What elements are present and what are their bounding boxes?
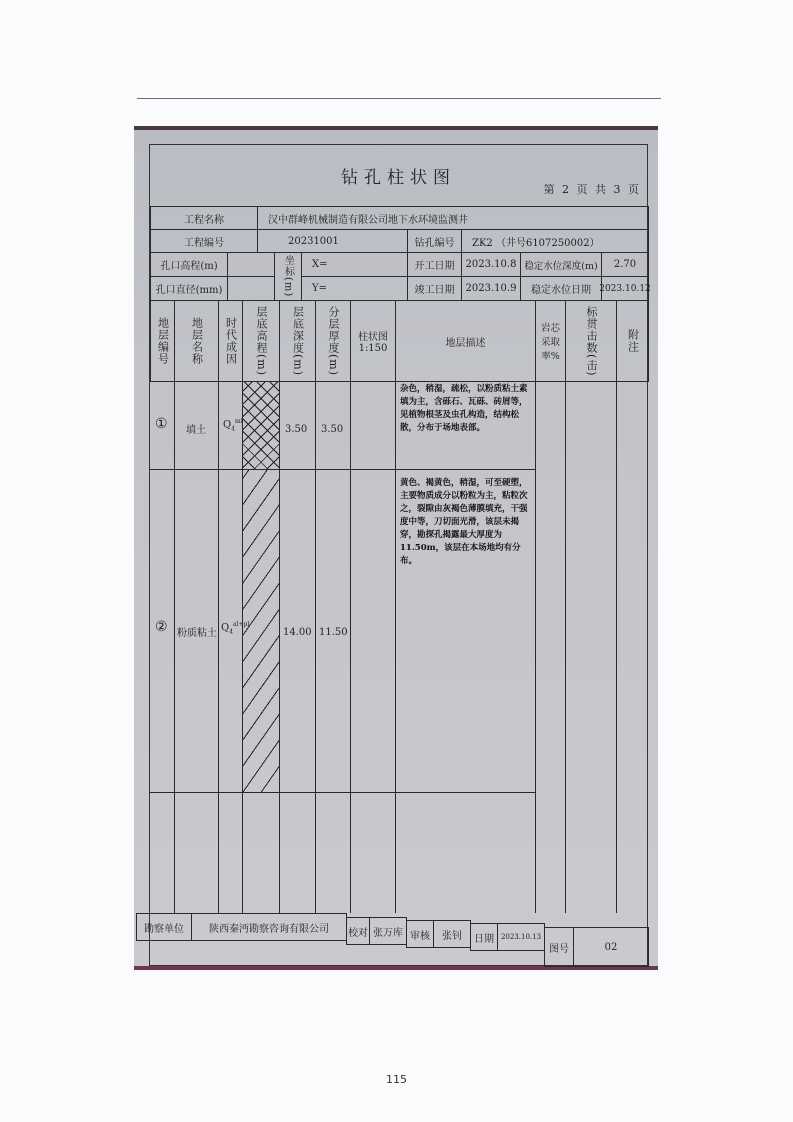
layer-1-bottom-depth: 3.50 bbox=[285, 424, 307, 435]
drawing-no: 02 bbox=[573, 927, 649, 967]
diameter-label: 孔口直径(mm) bbox=[150, 276, 228, 301]
layer-2-no: ② bbox=[155, 619, 168, 635]
grid-line bbox=[535, 381, 536, 913]
layer-2-thickness: 11.50 bbox=[319, 627, 348, 638]
survey-unit: 陕西秦沔勘察咨询有限公司 bbox=[191, 913, 347, 941]
checker: 张万库 bbox=[369, 917, 407, 945]
layer-2-silty-clay-pattern bbox=[243, 470, 279, 792]
col-header-layer-no: 地层编号 bbox=[150, 300, 175, 382]
header-rule bbox=[137, 98, 661, 99]
layer-1-age: Q4ml bbox=[223, 418, 243, 432]
grid-line bbox=[565, 381, 566, 913]
coordinate-y: Y= bbox=[301, 276, 408, 301]
layer-1-fill-pattern bbox=[243, 382, 279, 469]
reviewer: 张钊 bbox=[433, 920, 471, 948]
date: 2023.10.13 bbox=[497, 923, 545, 951]
elevation-value bbox=[227, 252, 275, 277]
start-date-label: 开工日期 bbox=[407, 252, 462, 277]
col-header-bottom-elevation: 层底高程(m) bbox=[242, 300, 280, 382]
col-header-core-recovery: 岩芯采取率% bbox=[535, 300, 566, 382]
col-header-layer-name: 地层名称 bbox=[174, 300, 219, 382]
project-name-label: 工程名称 bbox=[150, 206, 258, 230]
layer-1-description: 杂色，稍湿，疏松，以粉质粘土素填为主，含砾石、瓦砾、砖屑等，见植物根茎及虫孔构造… bbox=[400, 383, 530, 435]
grid-line bbox=[395, 381, 396, 913]
end-date-label: 竣工日期 bbox=[407, 276, 462, 301]
borehole-log-sheet: 钻孔柱状图 第 2 页 共 3 页 工程名称 汉中群峰机械制造有限公司地下水环境… bbox=[149, 144, 648, 966]
page-number: 115 bbox=[0, 1073, 793, 1086]
water-date: 2023.10.12 bbox=[601, 276, 649, 301]
check-label: 校对 bbox=[346, 917, 370, 945]
col-header-bottom-depth: 层底深度(m) bbox=[279, 300, 316, 382]
water-date-label: 稳定水位日期 bbox=[520, 276, 602, 301]
layer-1-thickness: 3.50 bbox=[321, 424, 343, 435]
start-date: 2023.10.8 bbox=[461, 252, 521, 277]
borehole-no-label: 钻孔编号 bbox=[407, 229, 462, 253]
col-header-column-chart: 柱状图 1:150 bbox=[350, 300, 396, 382]
coordinate-label: 坐标(m) bbox=[274, 252, 302, 301]
col-header-description: 地层描述 bbox=[395, 300, 536, 382]
coordinate-x: X= bbox=[301, 252, 408, 277]
col-header-thickness: 分层厚度(m) bbox=[315, 300, 351, 382]
date-label: 日期 bbox=[470, 923, 498, 951]
borehole-no: ZK2 （井号6107250002） bbox=[461, 229, 649, 253]
layer-1-name: 填土 bbox=[186, 421, 206, 436]
layer-boundary bbox=[150, 469, 536, 470]
grid-line bbox=[279, 381, 280, 913]
drawing-no-label: 图号 bbox=[544, 927, 574, 967]
layer-2-name: 粉质粘土 bbox=[177, 624, 217, 639]
layer-boundary bbox=[150, 792, 536, 793]
project-name: 汉中群峰机械制造有限公司地下水环境监测井 bbox=[257, 206, 649, 230]
col-header-remarks: 附注 bbox=[616, 300, 649, 382]
water-depth-label: 稳定水位深度(m) bbox=[520, 252, 602, 277]
layer-2-bottom-depth: 14.00 bbox=[283, 627, 312, 638]
grid-line bbox=[616, 381, 617, 913]
project-no: 20231001 bbox=[257, 229, 408, 253]
grid-line bbox=[218, 381, 219, 913]
elevation-label: 孔口高程(m) bbox=[150, 252, 228, 277]
grid-line bbox=[174, 381, 175, 913]
end-date: 2023.10.9 bbox=[461, 276, 521, 301]
grid-line bbox=[350, 381, 351, 913]
layer-1-no: ① bbox=[155, 416, 168, 432]
layer-2-description: 黄色、褐黄色，稍湿，可至硬塑，主要物质成分以粉粒为主，粘粒次之，裂隙由灰褐色薄膜… bbox=[400, 477, 530, 568]
survey-unit-label: 勘察单位 bbox=[136, 913, 192, 941]
water-depth: 2.70 bbox=[601, 252, 649, 277]
col-header-age: 时代成因 bbox=[218, 300, 243, 382]
grid-line bbox=[315, 381, 316, 913]
review-label: 审核 bbox=[406, 920, 434, 948]
diameter-value bbox=[227, 276, 275, 301]
page-info: 第 2 页 共 3 页 bbox=[544, 181, 641, 197]
col-header-spt-blows: 标贯击数(击) bbox=[565, 300, 617, 382]
project-no-label: 工程编号 bbox=[150, 229, 258, 253]
